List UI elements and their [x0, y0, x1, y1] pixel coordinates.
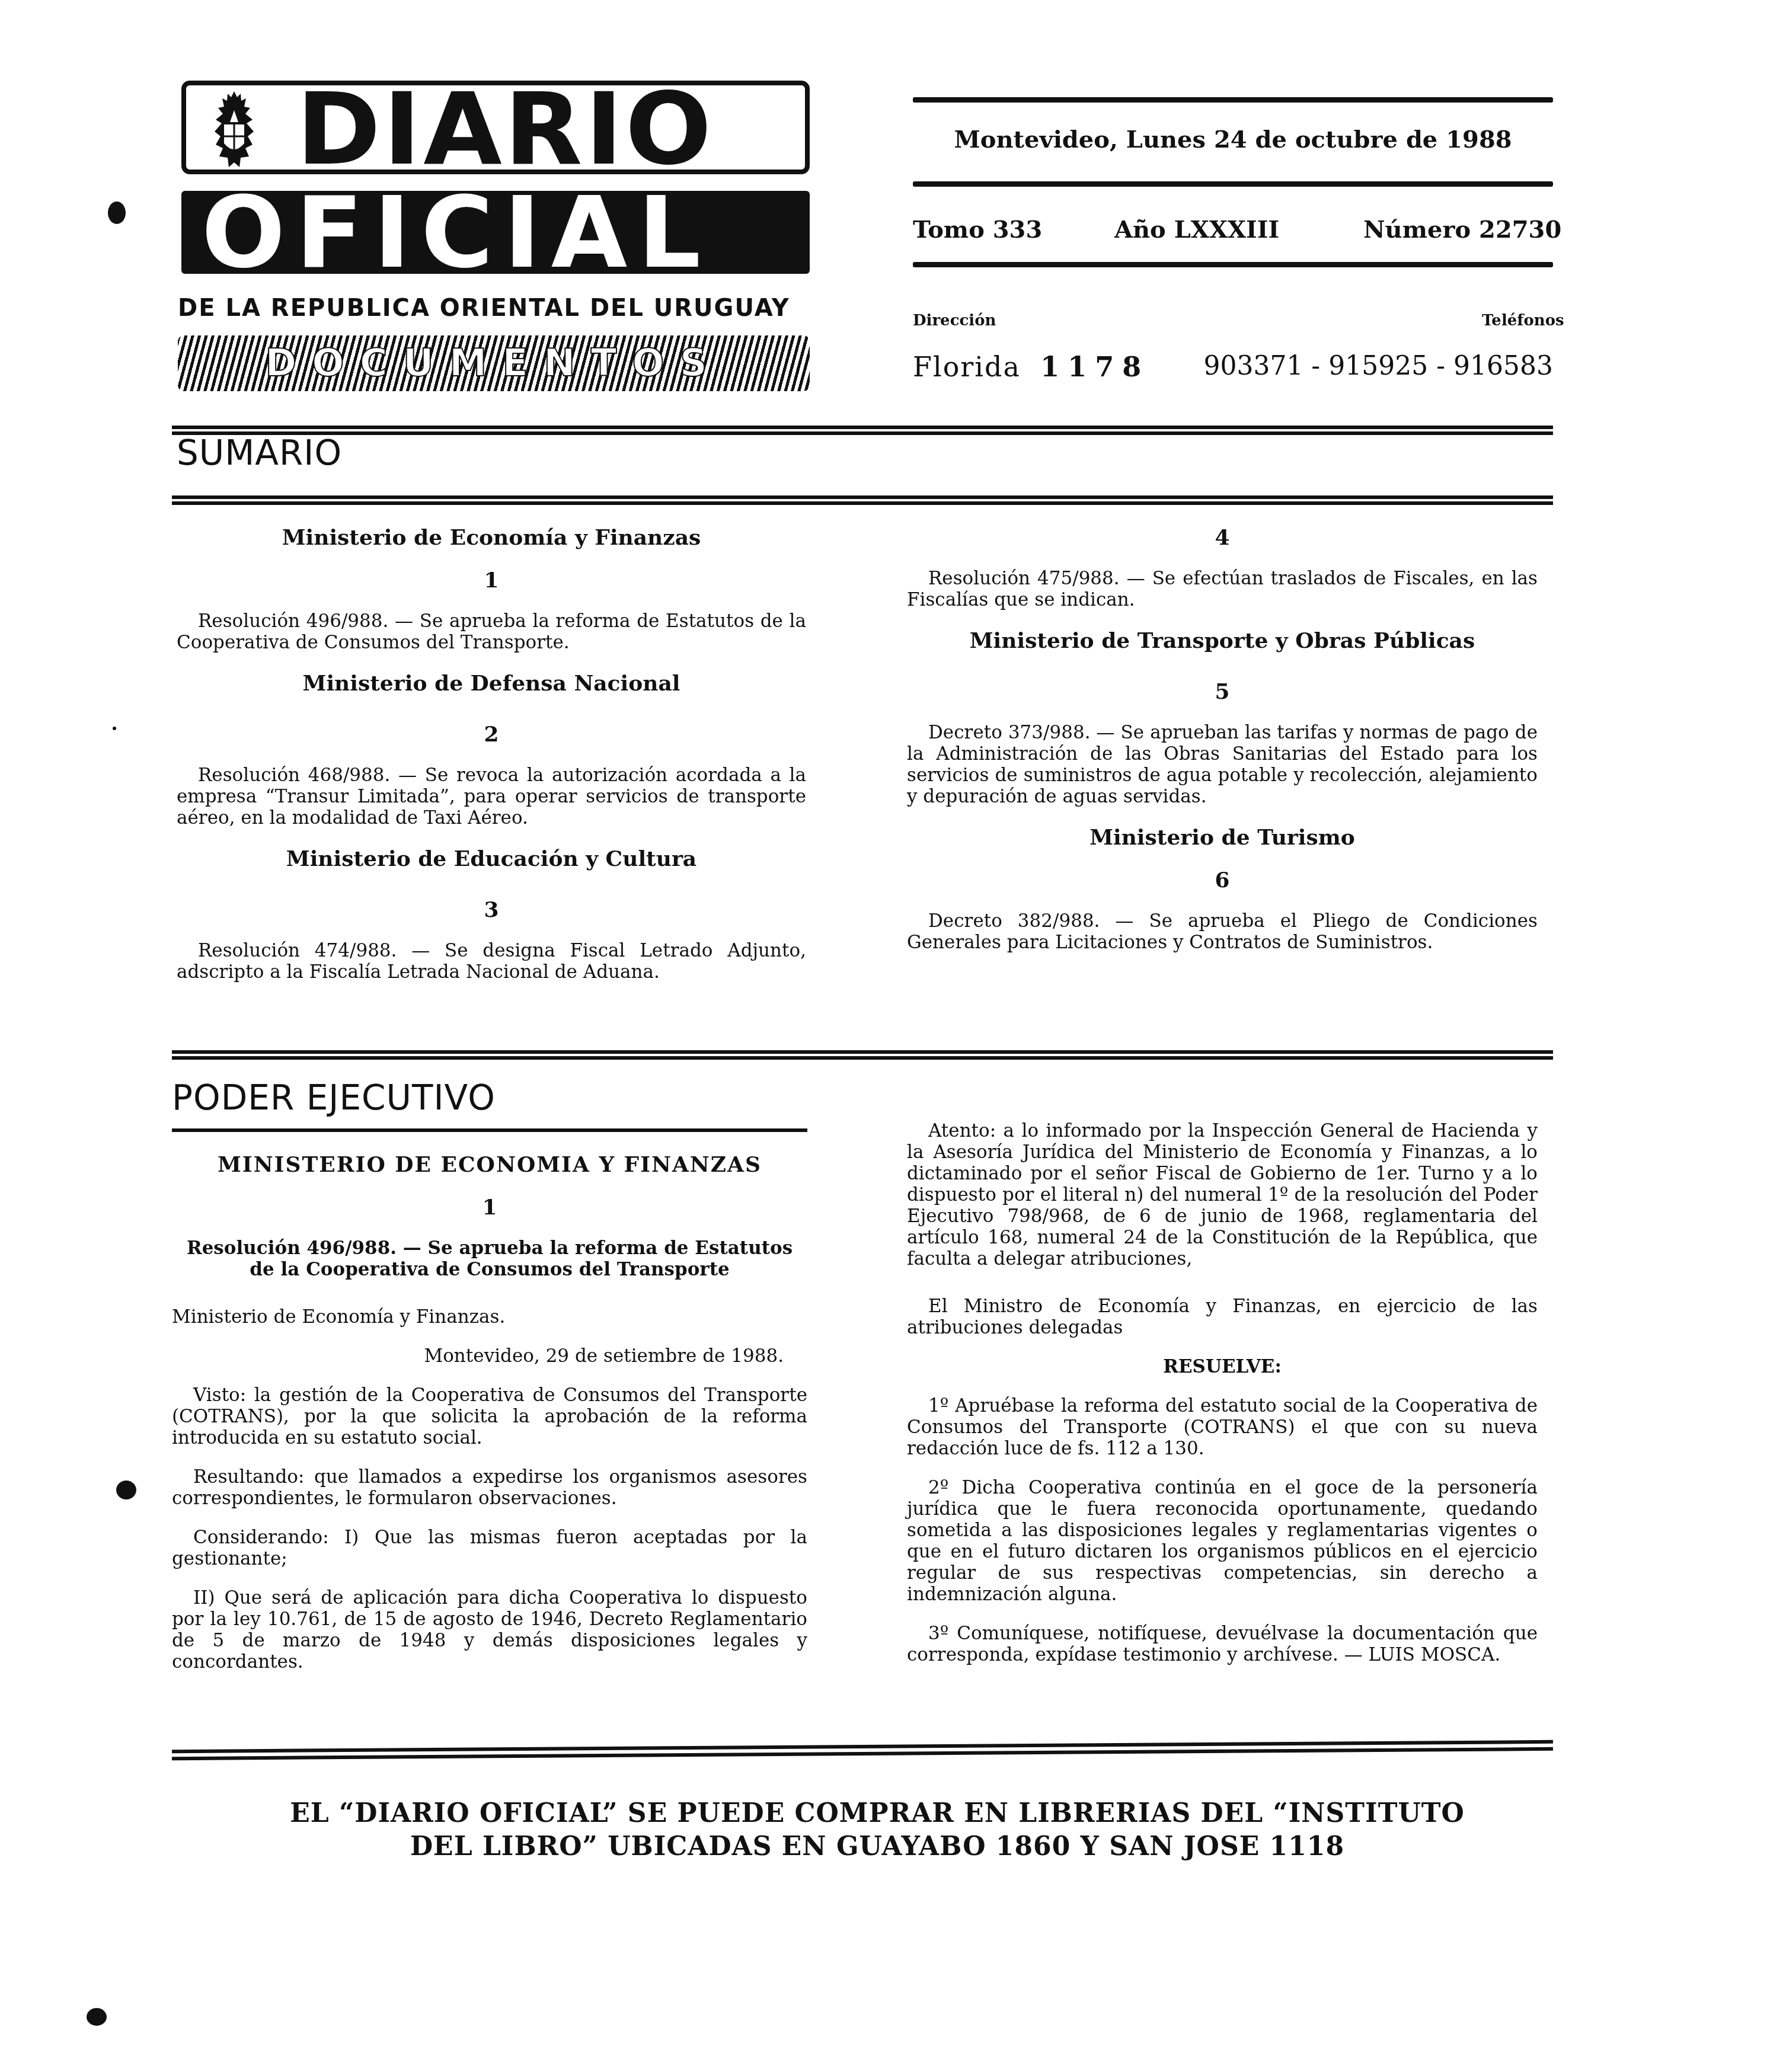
entry-number: 6	[907, 868, 1538, 893]
masthead-title-oficial: OFICIAL	[202, 192, 806, 275]
issuer: Ministerio de Economía y Finanzas.	[172, 1306, 807, 1328]
divider	[172, 426, 1553, 429]
sumario-right-column: 4 Resolución 475/988. — Se efectúan tras…	[907, 525, 1538, 953]
phones-label: Teléfonos	[1482, 312, 1553, 330]
resuelve-label: RESUELVE:	[907, 1356, 1538, 1377]
divider	[172, 501, 1553, 505]
address-street: Florida	[913, 351, 1021, 383]
issue-year: Año LXXXIII	[1114, 216, 1279, 244]
ministry-heading: MINISTERIO DE ECONOMIA Y FINANZAS	[172, 1152, 807, 1177]
article-2: 2º Dicha Cooperativa continúa en el goce…	[907, 1477, 1538, 1605]
purchase-notice: EL “DIARIO OFICIAL” SE PUEDE COMPRAR EN …	[178, 1797, 1577, 1863]
scan-artifact	[113, 727, 116, 730]
entry-number: 2	[177, 722, 806, 747]
paragraph-visto: Visto: la gestión de la Cooperativa de C…	[172, 1384, 807, 1449]
purchase-notice-line-2: DEL LIBRO” UBICADAS EN GUAYABO 1860 Y SA…	[178, 1830, 1577, 1863]
masthead-subtitle: DE LA REPUBLICA ORIENTAL DEL URUGUAY	[178, 295, 812, 321]
issue-date: Montevideo, Lunes 24 de octubre de 1988	[913, 126, 1553, 154]
article-1: 1º Apruébase la reforma del estatuto soc…	[907, 1395, 1538, 1459]
poder-ejecutivo-title: PODER EJECUTIVO	[172, 1080, 496, 1115]
ministry-heading: Ministerio de Transporte y Obras Pública…	[907, 628, 1538, 653]
sumario-left-column: Ministerio de Economía y Finanzas 1 Reso…	[177, 525, 806, 983]
scan-artifact	[116, 1481, 136, 1499]
summary-entry: Resolución 468/988. — Se revoca la autor…	[177, 765, 806, 829]
paragraph-considerando-ii: II) Que será de aplicación para dicha Co…	[172, 1587, 807, 1673]
ministry-heading: Ministerio de Educación y Cultura	[177, 846, 806, 871]
summary-entry: Resolución 496/988. — Se aprueba la refo…	[177, 610, 806, 653]
paragraph-atento: Atento: a lo informado por la Inspección…	[907, 1120, 1538, 1270]
entry-number: 1	[172, 1195, 807, 1220]
summary-entry: Resolución 475/988. — Se efectúan trasla…	[907, 568, 1538, 610]
divider	[172, 431, 1553, 435]
entry-number: 4	[907, 525, 1538, 550]
ministry-heading: Ministerio de Defensa Nacional	[177, 671, 806, 696]
coat-of-arms-icon	[207, 89, 261, 172]
entry-number: 3	[177, 897, 806, 922]
divider	[172, 1128, 807, 1132]
ministry-heading: Ministerio de Economía y Finanzas	[177, 525, 806, 550]
divider	[913, 97, 1553, 103]
summary-entry: Resolución 474/988. — Se designa Fiscal …	[177, 940, 806, 983]
address-number: 1178	[1040, 351, 1149, 383]
entry-number: 5	[907, 679, 1538, 704]
entry-number: 1	[177, 568, 806, 593]
masthead-title-diario: DIARIO	[296, 88, 816, 171]
phone-numbers: 903371 - 915925 - 916583	[1191, 351, 1553, 381]
scan-artifact	[108, 202, 126, 224]
address: Florida 1178	[913, 351, 1149, 383]
poder-ejecutivo-right-column: Atento: a lo informado por la Inspección…	[907, 1120, 1538, 1665]
divider	[172, 495, 1553, 499]
sumario-title: SUMARIO	[177, 435, 342, 471]
divider	[172, 1056, 1553, 1060]
scan-artifact	[87, 2008, 107, 2026]
divider	[913, 181, 1553, 187]
article-3: 3º Comuníquese, notifíquese, devuélvase …	[907, 1623, 1538, 1665]
purchase-notice-line-1: EL “DIARIO OFICIAL” SE PUEDE COMPRAR EN …	[178, 1797, 1577, 1830]
paragraph-ministro: El Ministro de Economía y Finanzas, en e…	[907, 1296, 1538, 1338]
resolution-title: Resolución 496/988. — Se aprueba la refo…	[172, 1238, 807, 1280]
divider	[172, 1050, 1553, 1054]
paragraph-resultando: Resultando: que llamados a expedirse los…	[172, 1466, 807, 1509]
ministry-heading: Ministerio de Turismo	[907, 825, 1538, 850]
summary-entry: Decreto 382/988. — Se aprueba el Pliego …	[907, 910, 1538, 953]
documentos-label: DOCUMENTOS	[213, 343, 774, 384]
poder-ejecutivo-left-column: MINISTERIO DE ECONOMIA Y FINANZAS 1 Reso…	[172, 1152, 807, 1673]
issue-number: Número 22730	[1363, 216, 1561, 244]
place-date: Montevideo, 29 de setiembre de 1988.	[172, 1345, 807, 1367]
paragraph-considerando: Considerando: I) Que las mismas fueron a…	[172, 1527, 807, 1569]
divider	[913, 262, 1553, 267]
summary-entry: Decreto 373/988. — Se aprueban las tarif…	[907, 722, 1538, 807]
issue-tomo: Tomo 333	[913, 216, 1042, 244]
address-label: Dirección	[913, 312, 996, 330]
